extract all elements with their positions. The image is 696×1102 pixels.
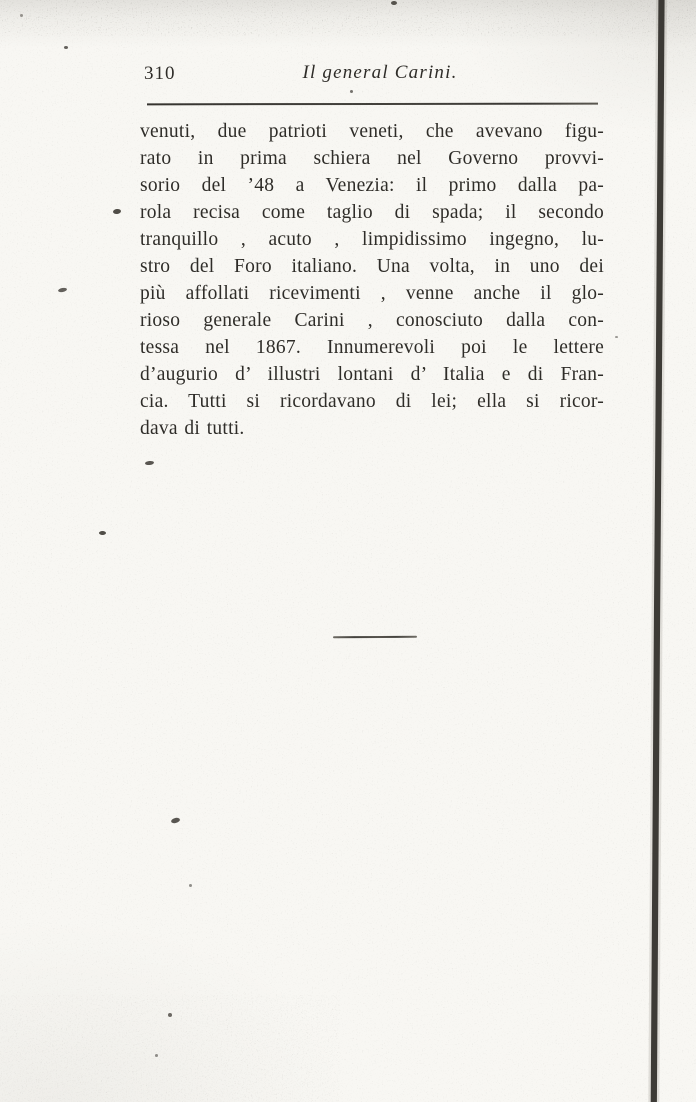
ink-speck <box>145 461 154 466</box>
page-number: 310 <box>144 63 176 85</box>
ink-speck <box>64 46 68 49</box>
ink-speck <box>99 531 106 535</box>
body-text-line: sorio del ’48 a Venezia: il primo dalla … <box>140 172 604 199</box>
body-text-line: venuti, due patrioti veneti, che avevano… <box>140 118 604 145</box>
body-text-line: stro del Foro italiano. Una volta, in un… <box>140 253 604 280</box>
ink-speck <box>350 90 353 93</box>
body-text-line: rioso generale Carini , conosciuto dalla… <box>140 307 604 334</box>
body-text-line: rola recisa come taglio di spada; il sec… <box>140 199 604 226</box>
body-text-line: rato in prima schiera nel Governo provvi… <box>140 145 604 172</box>
ink-speck <box>168 1013 172 1017</box>
body-text-line: più affollati ricevimenti , venne anche … <box>140 280 604 307</box>
body-text-line: dava di tutti. <box>140 415 604 442</box>
ink-speck <box>113 208 122 214</box>
ink-speck <box>391 1 397 5</box>
ink-speck <box>20 14 23 17</box>
body-text-line: d’augurio d’ illustri lontani d’ Italia … <box>140 361 604 388</box>
body-text-line: cia. Tutti si ricordavano di lei; ella s… <box>140 388 604 415</box>
ink-speck <box>155 1054 158 1057</box>
ink-speck <box>58 287 68 293</box>
book-binding-line <box>640 0 696 1102</box>
running-title: Il general Carini. <box>248 62 512 84</box>
header-rule <box>147 103 598 106</box>
section-divider-rule <box>333 636 417 638</box>
body-text-line: tessa nel 1867. Innumerevoli poi le lett… <box>140 334 604 361</box>
scanned-book-page: 310 Il general Carini. venuti, due patri… <box>0 0 696 1102</box>
ink-speck <box>615 336 618 338</box>
body-text-line: tranquillo , acuto , limpidissimo ingegn… <box>140 226 604 253</box>
ink-speck <box>189 884 192 887</box>
body-paragraph: venuti, due patrioti veneti, che avevano… <box>140 118 604 442</box>
ink-speck <box>171 817 181 824</box>
